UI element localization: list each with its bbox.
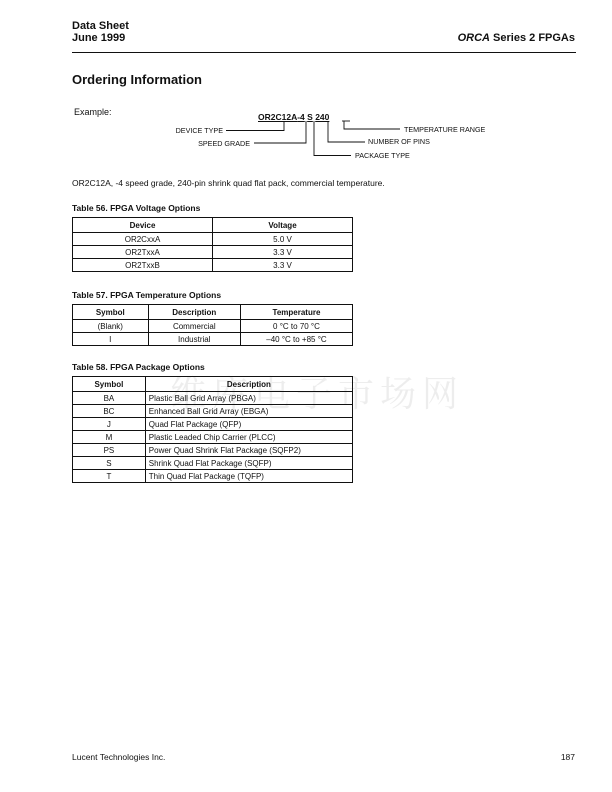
table-row: M Plastic Leaded Chip Carrier (PLCC) xyxy=(73,431,353,444)
cell-voltage: 3.3 V xyxy=(213,259,353,272)
cell-symbol: T xyxy=(73,470,146,483)
callout-temperature-range: TEMPERATURE RANGE xyxy=(404,125,485,134)
cell-voltage: 3.3 V xyxy=(213,246,353,259)
temperature-options-table: Symbol Description Temperature (Blank) C… xyxy=(72,304,353,346)
column-header: Voltage xyxy=(213,218,353,233)
example-description: OR2C12A, -4 speed grade, 240-pin shrink … xyxy=(72,178,385,188)
cell-symbol: BA xyxy=(73,392,146,405)
cell-description: Industrial xyxy=(148,333,240,346)
column-header: Temperature xyxy=(240,305,352,320)
table-row: J Quad Flat Package (QFP) xyxy=(73,418,353,431)
column-header: Description xyxy=(148,305,240,320)
column-header: Symbol xyxy=(73,305,149,320)
cell-symbol: I xyxy=(73,333,149,346)
callout-lines xyxy=(0,0,612,200)
cell-device: OR2TxxB xyxy=(73,259,213,272)
table-row: T Thin Quad Flat Package (TQFP) xyxy=(73,470,353,483)
cell-description: Thin Quad Flat Package (TQFP) xyxy=(145,470,352,483)
callout-package-type: PACKAGE TYPE xyxy=(355,151,410,160)
cell-device: OR2CxxA xyxy=(73,233,213,246)
callout-device-type: DEVICE TYPE xyxy=(176,126,223,135)
cell-device: OR2TxxA xyxy=(73,246,213,259)
cell-temperature: –40 °C to +85 °C xyxy=(240,333,352,346)
table-row: BA Plastic Ball Grid Array (PBGA) xyxy=(73,392,353,405)
column-header: Symbol xyxy=(73,377,146,392)
cell-description: Plastic Ball Grid Array (PBGA) xyxy=(145,392,352,405)
table-row: BC Enhanced Ball Grid Array (EBGA) xyxy=(73,405,353,418)
cell-description: Shrink Quad Flat Package (SQFP) xyxy=(145,457,352,470)
cell-symbol: J xyxy=(73,418,146,431)
cell-description: Enhanced Ball Grid Array (EBGA) xyxy=(145,405,352,418)
table58-title: Table 58. FPGA Package Options xyxy=(72,362,205,372)
table56-title: Table 56. FPGA Voltage Options xyxy=(72,203,200,213)
table-row: OR2CxxA 5.0 V xyxy=(73,233,353,246)
cell-description: Plastic Leaded Chip Carrier (PLCC) xyxy=(145,431,352,444)
table-row: OR2TxxB 3.3 V xyxy=(73,259,353,272)
cell-temperature: 0 °C to 70 °C xyxy=(240,320,352,333)
cell-description: Quad Flat Package (QFP) xyxy=(145,418,352,431)
page-number: 187 xyxy=(561,752,575,762)
table57-title: Table 57. FPGA Temperature Options xyxy=(72,290,221,300)
voltage-options-table: Device Voltage OR2CxxA 5.0 V OR2TxxA 3.3… xyxy=(72,217,353,272)
table-row: S Shrink Quad Flat Package (SQFP) xyxy=(73,457,353,470)
table-row: (Blank) Commercial 0 °C to 70 °C xyxy=(73,320,353,333)
cell-symbol: S xyxy=(73,457,146,470)
cell-description: Power Quad Shrink Flat Package (SQFP2) xyxy=(145,444,352,457)
table-row: I Industrial –40 °C to +85 °C xyxy=(73,333,353,346)
cell-symbol: M xyxy=(73,431,146,444)
column-header: Description xyxy=(145,377,352,392)
cell-symbol: BC xyxy=(73,405,146,418)
column-header: Device xyxy=(73,218,213,233)
cell-symbol: PS xyxy=(73,444,146,457)
cell-voltage: 5.0 V xyxy=(213,233,353,246)
footer-company: Lucent Technologies Inc. xyxy=(72,752,165,762)
callout-speed-grade: SPEED GRADE xyxy=(198,139,250,148)
cell-symbol: (Blank) xyxy=(73,320,149,333)
cell-description: Commercial xyxy=(148,320,240,333)
table-row: OR2TxxA 3.3 V xyxy=(73,246,353,259)
package-options-table: Symbol Description BA Plastic Ball Grid … xyxy=(72,376,353,483)
callout-number-of-pins: NUMBER OF PINS xyxy=(368,137,430,146)
table-row: PS Power Quad Shrink Flat Package (SQFP2… xyxy=(73,444,353,457)
